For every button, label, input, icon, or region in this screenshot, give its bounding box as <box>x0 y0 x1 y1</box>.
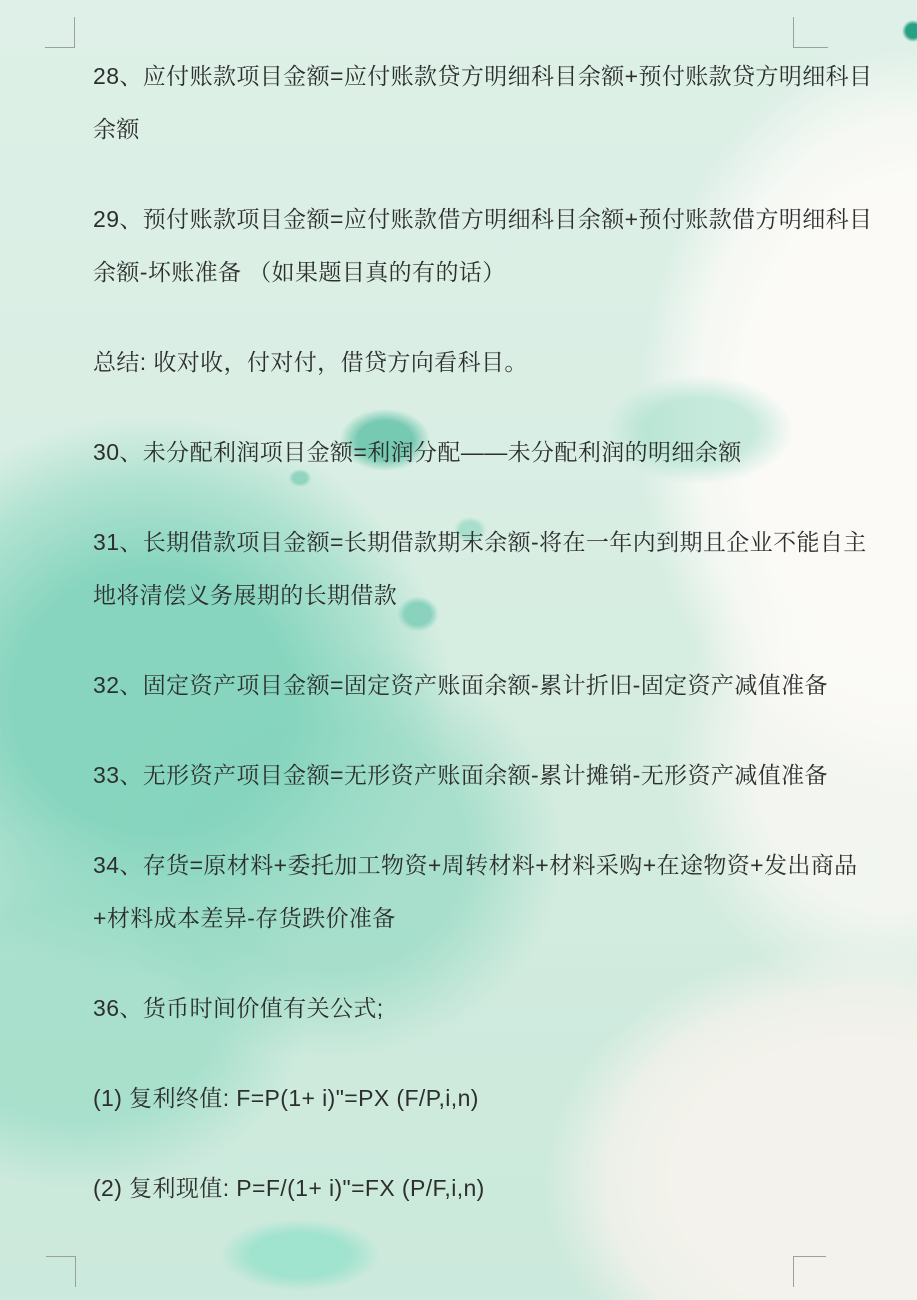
paragraph: 31、长期借款项目金额=长期借款期末余额-将在一年内到期且企业不能自主地将清偿义… <box>93 516 837 622</box>
text-line: (2) 复利现值: P=F/(1+ i)"=FX (P/F,i,n) <box>93 1162 837 1215</box>
paragraph: 28、应付账款项目金额=应付账款贷方明细科目余额+预付账款贷方明细科目余额 <box>93 50 837 156</box>
document-page: 28、应付账款项目金额=应付账款贷方明细科目余额+预付账款贷方明细科目余额29、… <box>0 0 917 1300</box>
paragraph: 总结: 收对收，付对付，借贷方向看科目。 <box>93 336 837 389</box>
text-line: 34、存货=原材料+委托加工物资+周转材料+材料采购+在途物资+发出商品 <box>93 839 837 892</box>
text-line: 总结: 收对收，付对付，借贷方向看科目。 <box>93 336 837 389</box>
text-line: 余额-坏账准备 （如果题目真的有的话） <box>93 246 837 299</box>
text-line: 29、预付账款项目金额=应付账款借方明细科目余额+预付账款借方明细科目 <box>93 193 837 246</box>
text-boundary-corner-bottom-right <box>793 1256 826 1287</box>
paragraph: (2) 复利现值: P=F/(1+ i)"=FX (P/F,i,n) <box>93 1162 837 1215</box>
text-line: 33、无形资产项目金额=无形资产账面余额-累计摊销-无形资产减值准备 <box>93 749 837 802</box>
text-line: 32、固定资产项目金额=固定资产账面余额-累计折旧-固定资产减值准备 <box>93 659 837 712</box>
text-line: (1) 复利终值: F=P(1+ i)"=PX (F/P,i,n) <box>93 1072 837 1125</box>
paragraph: 33、无形资产项目金额=无形资产账面余额-累计摊销-无形资产减值准备 <box>93 749 837 802</box>
text-line: 地将清偿义务展期的长期借款 <box>93 569 837 622</box>
text-line: 28、应付账款项目金额=应付账款贷方明细科目余额+预付账款贷方明细科目 <box>93 50 837 103</box>
text-line: 31、长期借款项目金额=长期借款期末余额-将在一年内到期且企业不能自主 <box>93 516 837 569</box>
paragraph: 32、固定资产项目金额=固定资产账面余额-累计折旧-固定资产减值准备 <box>93 659 837 712</box>
paragraph: (1) 复利终值: F=P(1+ i)"=PX (F/P,i,n) <box>93 1072 837 1125</box>
paragraph: 36、货币时间价值有关公式; <box>93 982 837 1035</box>
text-line: 余额 <box>93 103 837 156</box>
text-line: 36、货币时间价值有关公式; <box>93 982 837 1035</box>
text-line: +材料成本差异-存货跌价准备 <box>93 892 837 945</box>
paragraph: 30、未分配利润项目金额=利润分配——未分配利润的明细余额 <box>93 426 837 479</box>
paragraph: 29、预付账款项目金额=应付账款借方明细科目余额+预付账款借方明细科目余额-坏账… <box>93 193 837 299</box>
document-body: 28、应付账款项目金额=应付账款贷方明细科目余额+预付账款贷方明细科目余额29、… <box>0 0 917 1252</box>
text-line: 30、未分配利润项目金额=利润分配——未分配利润的明细余额 <box>93 426 837 479</box>
text-boundary-corner-bottom-left <box>46 1256 76 1287</box>
paragraph: 34、存货=原材料+委托加工物资+周转材料+材料采购+在途物资+发出商品+材料成… <box>93 839 837 945</box>
